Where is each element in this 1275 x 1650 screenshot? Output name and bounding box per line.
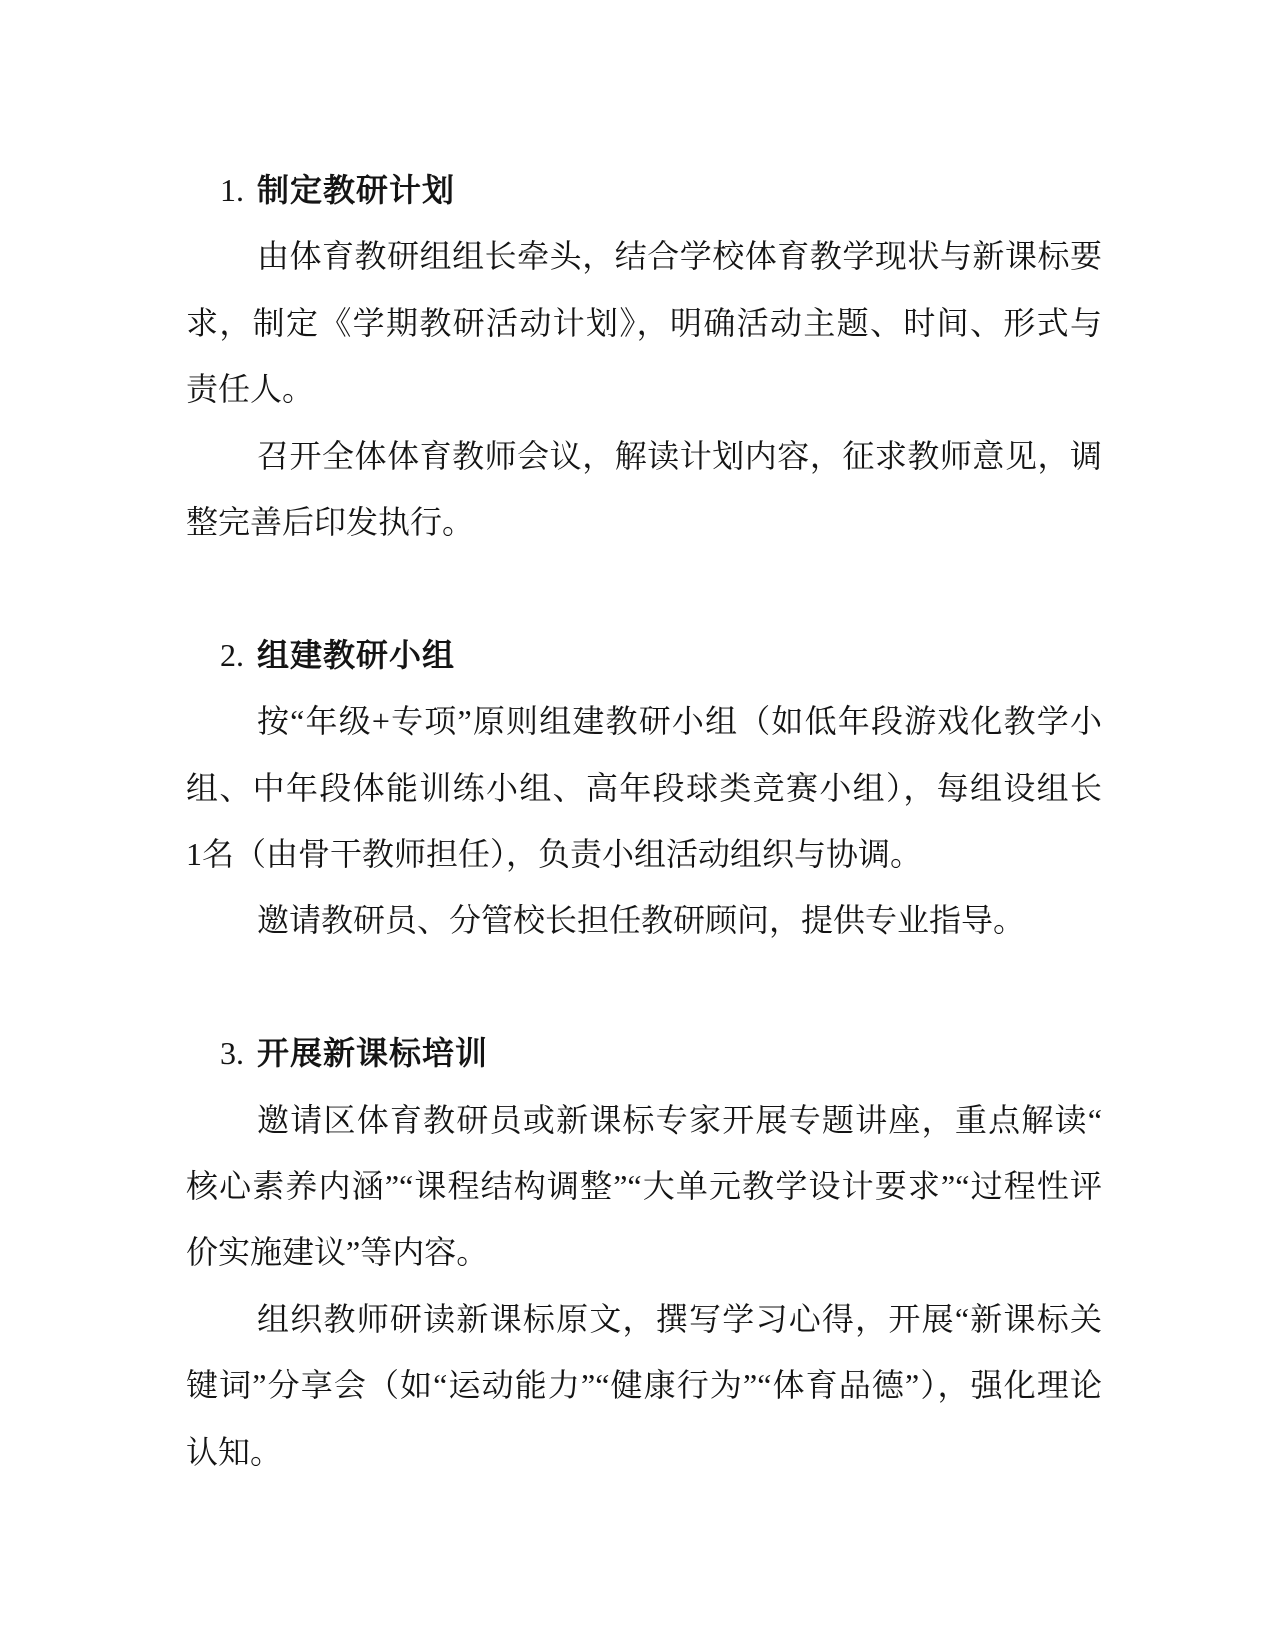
paragraph: 按“年级+专项”原则组建教研小组（如低年段游戏化教学小组、中年段体能训练小组、高… <box>186 688 1102 887</box>
paragraph-line: 组、中年段体能训练小组、高年段球类竞赛小组），每组设组长 <box>186 755 1102 821</box>
heading-number: 3. <box>220 1035 244 1071</box>
section-1: 1.制定教研计划由体育教研组组长牵头，结合学校体育教学现状与新课标要求，制定《学… <box>186 157 1102 555</box>
section-2: 2.组建教研小组按“年级+专项”原则组建教研小组（如低年段游戏化教学小组、中年段… <box>186 622 1102 954</box>
heading-title: 制定教研计划 <box>257 172 455 208</box>
paragraph-line: 邀请教研员、分管校长担任教研顾问，提供专业指导。 <box>186 887 1102 953</box>
section-heading: 2.组建教研小组 <box>186 622 1102 688</box>
section-3: 3.开展新课标培训邀请区体育教研员或新课标专家开展专题讲座，重点解读“核心素养内… <box>186 1020 1102 1485</box>
paragraph-line: 键词”分享会（如“运动能力”“健康行为”“体育品德”），强化理论 <box>186 1352 1102 1418</box>
paragraph-line: 认知。 <box>186 1419 1102 1485</box>
paragraph-line: 召开全体体育教师会议，解读计划内容，征求教师意见，调 <box>186 423 1102 489</box>
paragraph-line: 价实施建议”等内容。 <box>186 1219 1102 1285</box>
paragraph-line: 组织教师研读新课标原文，撰写学习心得，开展“新课标关 <box>186 1286 1102 1352</box>
heading-number: 1. <box>220 172 244 208</box>
heading-title: 组建教研小组 <box>257 637 455 673</box>
paragraph-line: 邀请区体育教研员或新课标专家开展专题讲座，重点解读“ <box>186 1087 1102 1153</box>
paragraph: 召开全体体育教师会议，解读计划内容，征求教师意见，调整完善后印发执行。 <box>186 423 1102 556</box>
paragraph: 组织教师研读新课标原文，撰写学习心得，开展“新课标关键词”分享会（如“运动能力”… <box>186 1286 1102 1485</box>
document-page: 1.制定教研计划由体育教研组组长牵头，结合学校体育教学现状与新课标要求，制定《学… <box>0 0 1275 1650</box>
heading-title: 开展新课标培训 <box>257 1035 488 1071</box>
section-heading: 1.制定教研计划 <box>186 157 1102 223</box>
paragraph-line: 按“年级+专项”原则组建教研小组（如低年段游戏化教学小 <box>186 688 1102 754</box>
paragraph-line: 由体育教研组组长牵头，结合学校体育教学现状与新课标要 <box>186 223 1102 289</box>
paragraph: 邀请教研员、分管校长担任教研顾问，提供专业指导。 <box>186 887 1102 953</box>
paragraph-line: 核心素养内涵”“课程结构调整”“大单元教学设计要求”“过程性评 <box>186 1153 1102 1219</box>
paragraph-line: 1名（由骨干教师担任），负责小组活动组织与协调。 <box>186 821 1102 887</box>
section-heading: 3.开展新课标培训 <box>186 1020 1102 1086</box>
paragraph: 邀请区体育教研员或新课标专家开展专题讲座，重点解读“核心素养内涵”“课程结构调整… <box>186 1087 1102 1286</box>
heading-number: 2. <box>220 637 244 673</box>
document-content: 1.制定教研计划由体育教研组组长牵头，结合学校体育教学现状与新课标要求，制定《学… <box>186 157 1102 1485</box>
paragraph-line: 求，制定《学期教研活动计划》，明确活动主题、时间、形式与 <box>186 290 1102 356</box>
paragraph-line: 整完善后印发执行。 <box>186 489 1102 555</box>
paragraph-line: 责任人。 <box>186 356 1102 422</box>
paragraph: 由体育教研组组长牵头，结合学校体育教学现状与新课标要求，制定《学期教研活动计划》… <box>186 223 1102 422</box>
